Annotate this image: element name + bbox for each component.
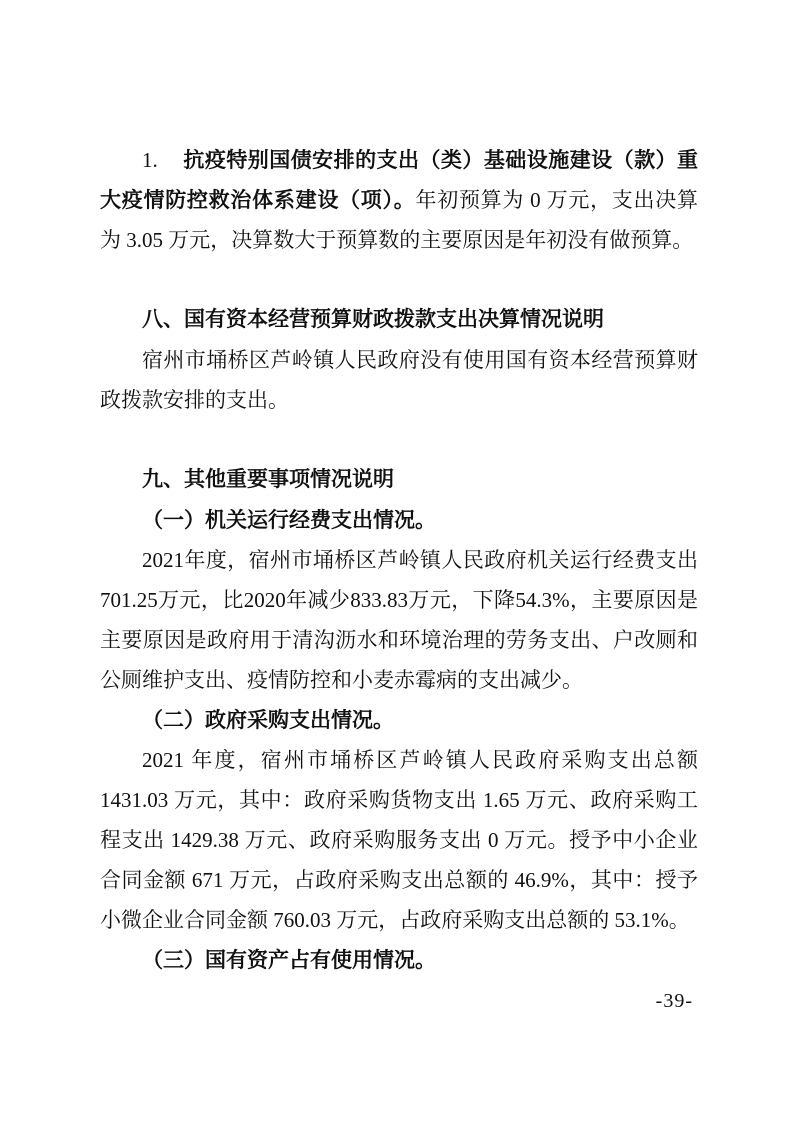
section-9-sub-1-paragraph: 2021年度，宿州市埇桥区芦岭镇人民政府机关运行经费支出701.25万元，比20… [100, 540, 698, 700]
clause-1-number: 1. [142, 148, 183, 172]
section-8-heading: 八、国有资本经营预算财政拨款支出决算情况说明 [100, 300, 698, 340]
blank-line [100, 420, 698, 460]
section-9-sub-3-heading: （三）国有资产占有使用情况。 [100, 940, 698, 980]
document-body: 1.抗疫特别国债安排的支出（类）基础设施建设（款）重大疫情防控救治体系建设（项）… [100, 140, 698, 980]
document-page: 1.抗疫特别国债安排的支出（类）基础设施建设（款）重大疫情防控救治体系建设（项）… [0, 0, 793, 1122]
page-number: -39- [656, 990, 693, 1013]
section-9-sub-1-heading: （一）机关运行经费支出情况。 [100, 500, 698, 540]
blank-line [100, 260, 698, 300]
section-9-heading: 九、其他重要事项情况说明 [100, 460, 698, 500]
clause-1-paragraph: 1.抗疫特别国债安排的支出（类）基础设施建设（款）重大疫情防控救治体系建设（项）… [100, 140, 698, 260]
section-8-paragraph: 宿州市埇桥区芦岭镇人民政府没有使用国有资本经营预算财政拨款安排的支出。 [100, 340, 698, 420]
section-9-sub-2-heading: （二）政府采购支出情况。 [100, 700, 698, 740]
section-9-sub-2-paragraph: 2021 年度，宿州市埇桥区芦岭镇人民政府采购支出总额 1431.03 万元，其… [100, 740, 698, 940]
